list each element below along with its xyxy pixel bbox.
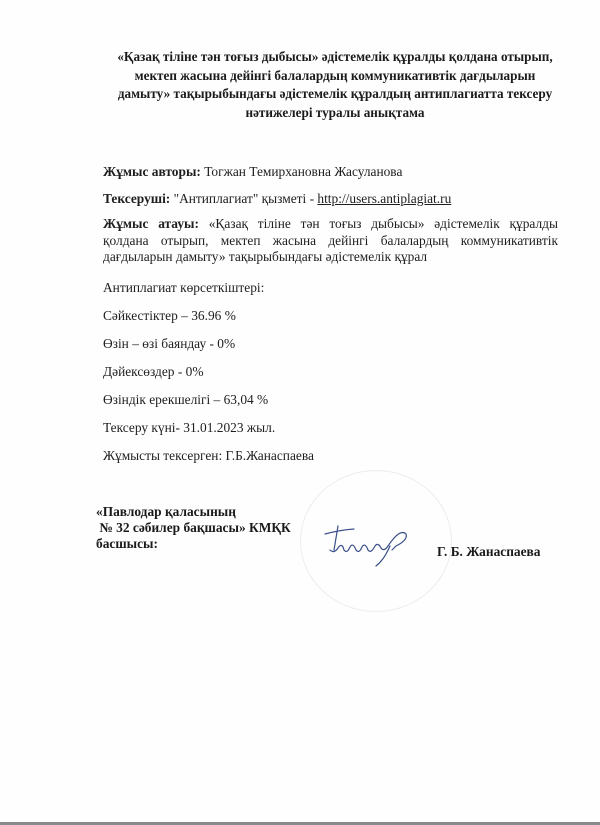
title-line-1: «Қазақ тіліне тән тоғыз дыбысы» әдістеме… xyxy=(95,48,575,67)
org-line-3: басшысы: xyxy=(96,536,291,552)
checker-label: Тексеруші: xyxy=(103,191,170,206)
work-title-label: Жұмыс атауы: xyxy=(103,216,199,231)
document-title: «Қазақ тіліне тән тоғыз дыбысы» әдістеме… xyxy=(95,48,575,122)
checked-by: Жұмысты тексерген: Г.Б.Жанаспаева xyxy=(103,448,314,464)
title-line-2: мектеп жасына дейінгі балалардың коммуни… xyxy=(95,67,575,86)
antiplagiat-link[interactable]: http://users.antiplagiat.ru xyxy=(317,191,451,206)
work-title-text-1: «Қазақ тіліне тән тоғыз дыбысы» әдістеме… xyxy=(209,216,558,231)
checker-line: Тексеруші: "Антиплагиат" қызметі - http:… xyxy=(103,191,451,207)
signer-name: Г. Б. Жанаспаева xyxy=(437,544,541,560)
indicators-heading: Антиплагиат көрсеткіштері: xyxy=(103,280,264,296)
author-label: Жұмыс авторы: xyxy=(103,164,201,179)
org-line-1: «Павлодар қаласының xyxy=(96,504,291,520)
checker-value: "Антиплагиат" қызметі - xyxy=(174,191,318,206)
indicator-originality: Өзіндік ерекшелігі – 63,04 % xyxy=(103,392,268,408)
title-line-4: нәтижелері туралы анықтама xyxy=(95,104,575,123)
author-value: Тогжан Темирхановна Жасуланова xyxy=(204,164,402,179)
signature-icon xyxy=(320,520,415,570)
scanned-page: «Қазақ тіліне тән тоғыз дыбысы» әдістеме… xyxy=(0,0,600,825)
work-title-row-3: дағдыларын дамыту» тақырыбындағы әдістем… xyxy=(103,249,558,266)
work-title-row-1: Жұмыс атауы: «Қазақ тіліне тән тоғыз дыб… xyxy=(103,216,558,233)
indicator-self-citation: Өзін – өзі баяндау - 0% xyxy=(103,336,235,352)
indicator-similarity: Сәйкестіктер – 36.96 % xyxy=(103,308,236,324)
title-line-3: дамыту» тақырыбындағы әдістемелік құралд… xyxy=(95,85,575,104)
work-title-block: Жұмыс атауы: «Қазақ тіліне тән тоғыз дыб… xyxy=(103,216,558,266)
indicator-citations: Дәйексөздер - 0% xyxy=(103,364,204,380)
author-line: Жұмыс авторы: Тогжан Темирхановна Жасула… xyxy=(103,164,402,180)
org-line-2: № 32 сәбилер бақшасы» КМҚК xyxy=(96,520,291,536)
work-title-row-2: қолдана отырып, мектеп жасына дейінгі ба… xyxy=(103,233,558,250)
check-date: Тексеру күні- 31.01.2023 жыл. xyxy=(103,420,275,436)
organization-block: «Павлодар қаласының № 32 сәбилер бақшасы… xyxy=(96,504,291,552)
